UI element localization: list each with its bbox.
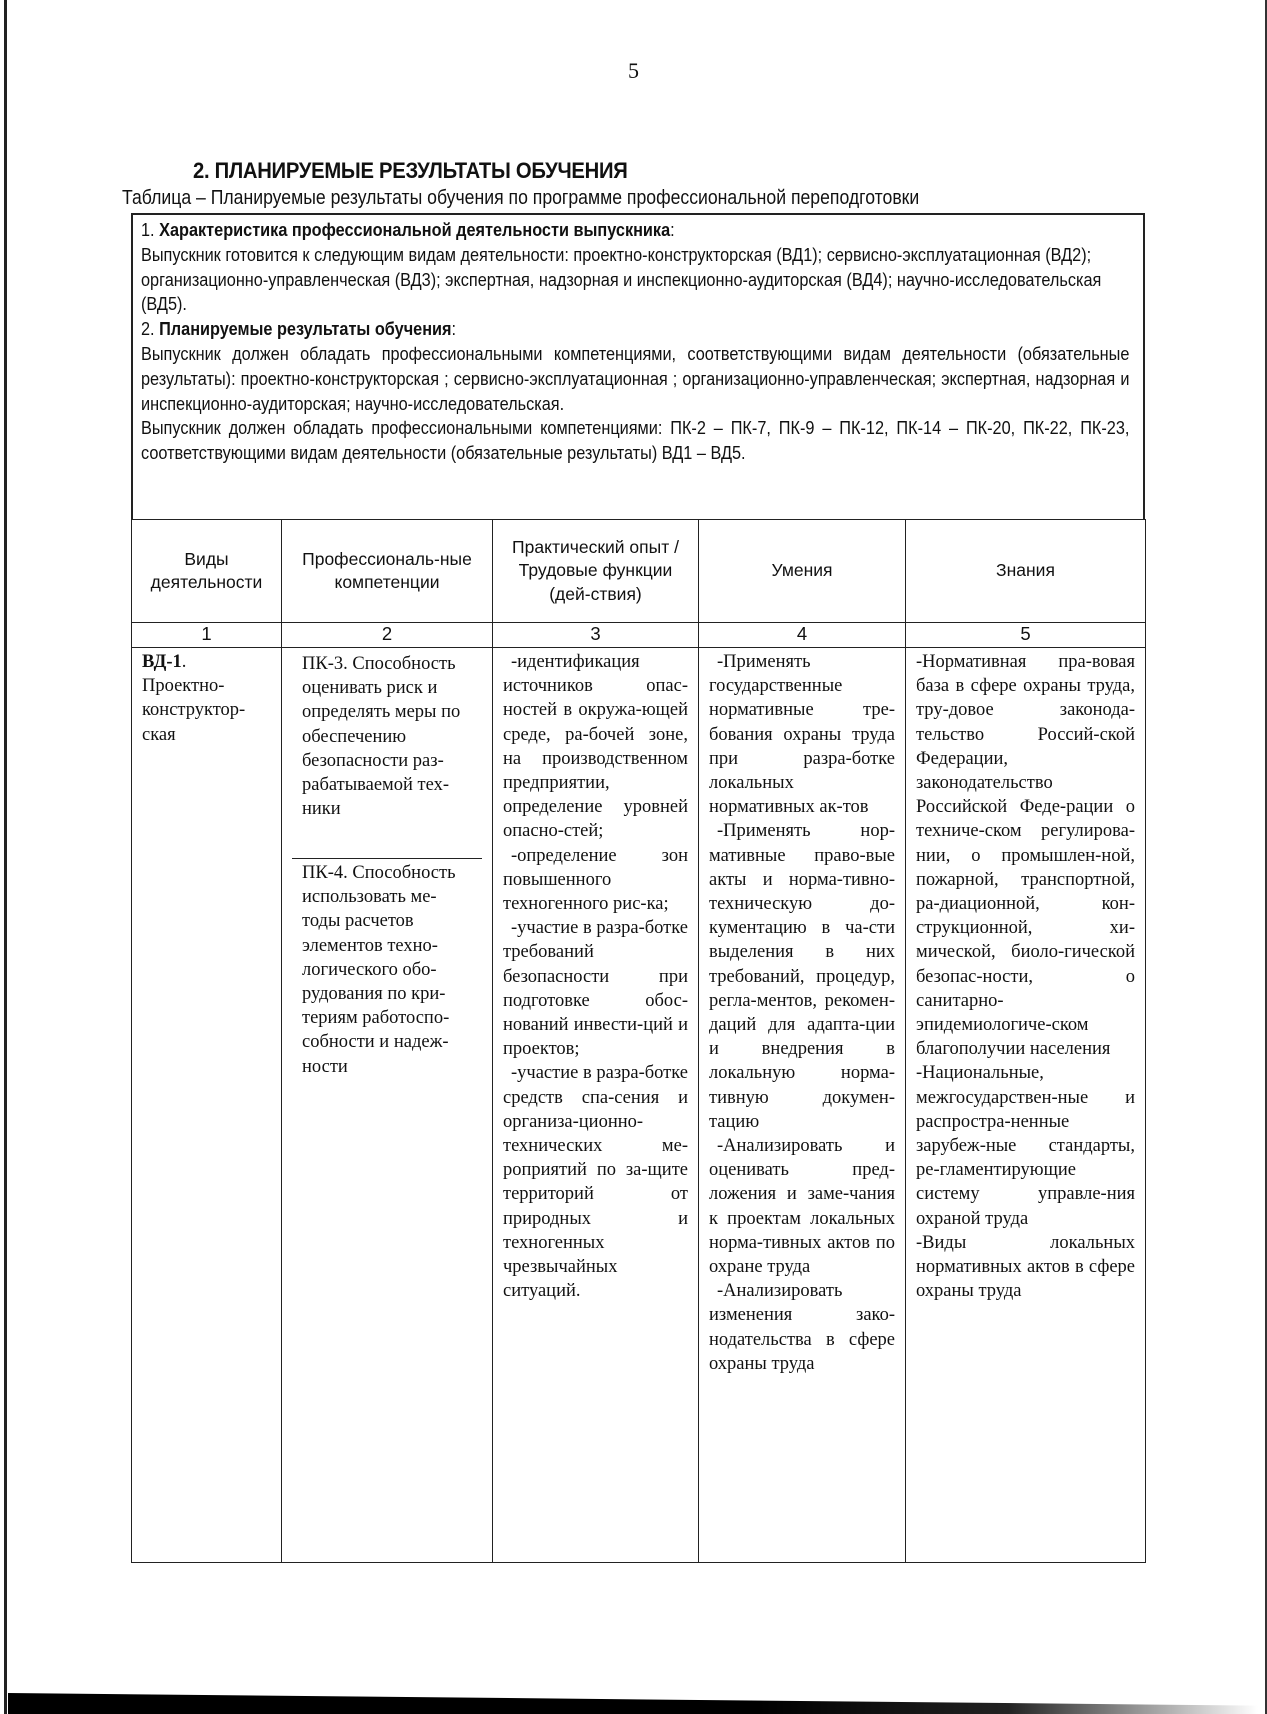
competencies-cell: ПК-3. Способность оценивать риск и опред… [282,648,493,1563]
skill-item: -Применять государственные нормативные т… [709,650,895,819]
intro-box: 1. Характеристика профессиональной деяте… [131,213,1145,520]
table-header-row: Виды деятельности Профессиональ-ные комп… [132,520,1146,623]
intro-paragraph-3: Выпускник должен обладать профессиональн… [141,416,1129,466]
page-number: 5 [0,58,1267,84]
column-number: 2 [282,623,493,648]
header-practice: Практический опыт / Трудовые функции (де… [493,520,699,623]
skill-item: -Анализировать и оценивать пред-ложения … [709,1134,895,1279]
header-skills: Умения [699,520,906,623]
results-table: Виды деятельности Профессиональ-ные комп… [131,519,1146,1563]
knowledge-cell: -Нормативная пра-вовая база в сфере охра… [906,648,1146,1563]
scan-bar-bottom [8,1693,1258,1714]
header-activity-types: Виды деятельности [132,520,282,623]
intro-heading-2-text: Планируемые результаты обучения [159,318,451,339]
column-number: 3 [493,623,699,648]
activity-code: ВД-1. [142,650,271,674]
column-number-row: 1 2 3 4 5 [132,623,1146,648]
activity-cell: ВД-1. Проектно-конструктор-ская [132,648,282,1563]
scan-edge-left [4,0,7,1714]
intro-heading-1: 1. Характеристика профессиональной деяте… [141,218,1129,243]
table-caption: Таблица – Планируемые результаты обучени… [122,186,991,210]
practice-item: -участие в разра-ботке средств спа-сения… [503,1061,688,1303]
intro-paragraph-1: Выпускник готовится к следующим видам де… [141,243,1129,317]
knowledge-item: -Национальные, межгосударствен-ные и рас… [916,1061,1135,1230]
knowledge-item: -Нормативная пра-вовая база в сфере охра… [916,650,1135,1061]
column-number: 5 [906,623,1146,648]
competency-item: ПК-4. Способность использовать ме-тоды р… [292,858,482,1081]
skills-cell: -Применять государственные нормативные т… [699,648,906,1563]
practice-cell: -идентификация источников опас-ностей в … [493,648,699,1563]
column-number: 1 [132,623,282,648]
header-knowledge: Знания [906,520,1146,623]
intro-heading-2: 2. Планируемые результаты обучения: [141,317,1129,342]
section-title: 2. ПЛАНИРУЕМЫЕ РЕЗУЛЬТАТЫ ОБУЧЕНИЯ [193,158,628,184]
intro-paragraph-2: Выпускник должен обладать профессиональн… [141,342,1129,416]
knowledge-item: -Виды локальных нормативных актов в сфер… [916,1231,1135,1304]
skill-item: -Анализировать изменения зако-нодательст… [709,1279,895,1376]
table-row: ВД-1. Проектно-конструктор-ская ПК-3. Сп… [132,648,1146,1563]
intro-heading-1-text: Характеристика профессиональной деятельн… [159,219,670,240]
activity-name: Проектно-конструктор-ская [142,674,271,747]
practice-item: -идентификация источников опас-ностей в … [503,650,688,844]
skill-item: -Применять нор-мативные право-вые акты и… [709,819,895,1134]
column-number: 4 [699,623,906,648]
competency-item: ПК-3. Способность оценивать риск и опред… [292,650,482,858]
practice-item: -определение зон повышенного техногенног… [503,844,688,917]
header-competencies: Профессиональ-ные компетенции [282,520,493,623]
practice-item: -участие в разра-ботке требований безопа… [503,916,688,1061]
